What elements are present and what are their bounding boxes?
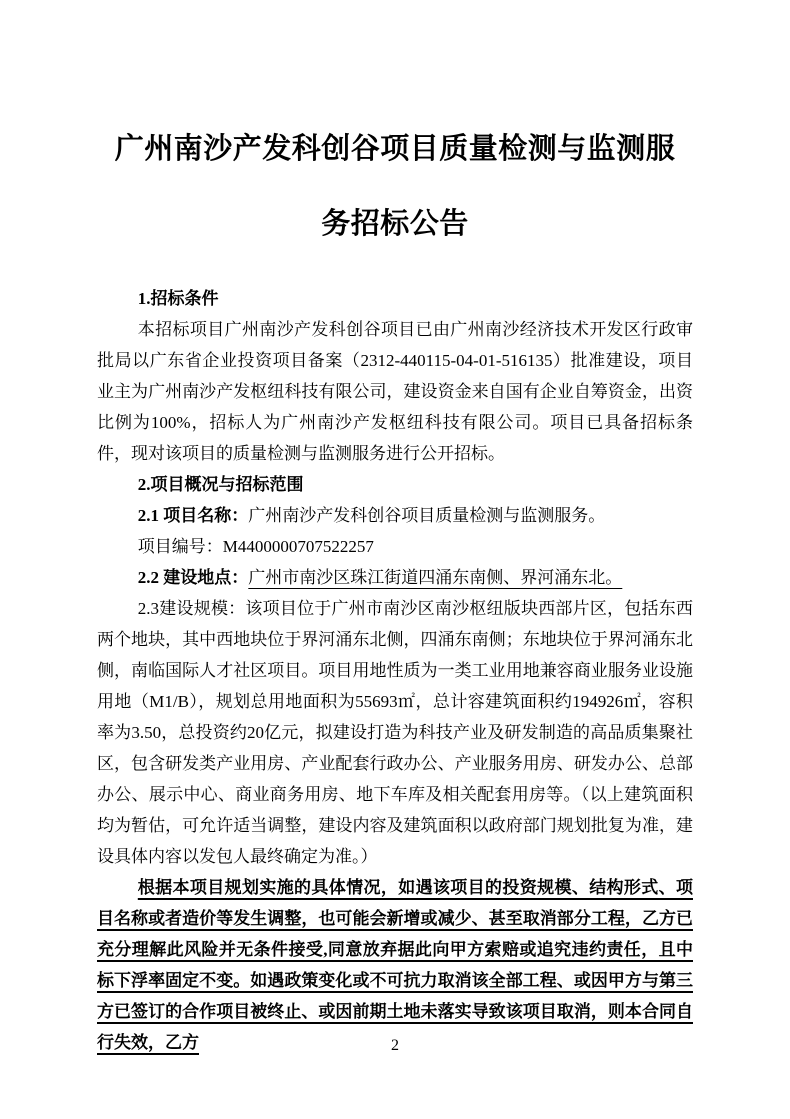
project-number-line: 项目编号：M4400000707522257 <box>97 531 693 562</box>
construction-site-line: 2.2 建设地点：广州市南沙区珠江街道四涌东南侧、界河涌东北。 <box>97 562 693 593</box>
section1-paragraph: 本招标项目广州南沙产发科创谷项目已由广州南沙经济技术开发区行政审批局以广东省企业… <box>97 314 693 469</box>
section2-heading: 2.项目概况与招标范围 <box>97 469 693 500</box>
project-number-label: 项目编号： <box>138 537 223 556</box>
project-number-value: M4400000707522257 <box>223 537 374 556</box>
section1-heading: 1.招标条件 <box>97 283 693 314</box>
construction-site-value: 广州市南沙区珠江街道四涌东南侧、界河涌东北。 <box>248 568 622 587</box>
risk-clause-paragraph: 根据本项目规划实施的具体情况，如遇该项目的投资规模、结构形式、项目名称或者造价等… <box>97 872 693 1058</box>
project-name-line: 2.1 项目名称：广州南沙产发科创谷项目质量检测与监测服务。 <box>97 500 693 531</box>
title-line-1: 广州南沙产发科创谷项目质量检测与监测服 <box>0 131 790 168</box>
construction-site-label: 2.2 建设地点： <box>138 568 249 587</box>
title-line-2: 务招标公告 <box>0 206 790 243</box>
construction-scale-paragraph: 2.3建设规模：该项目位于广州市南沙区南沙枢纽版块西部片区，包括东西两个地块，其… <box>97 593 693 872</box>
document-title: 广州南沙产发科创谷项目质量检测与监测服 务招标公告 <box>0 0 790 243</box>
project-name-value: 广州南沙产发科创谷项目质量检测与监测服务。 <box>248 506 605 525</box>
document-page: 广州南沙产发科创谷项目质量检测与监测服 务招标公告 1.招标条件 本招标项目广州… <box>0 0 790 1119</box>
document-body: 1.招标条件 本招标项目广州南沙产发科创谷项目已由广州南沙经济技术开发区行政审批… <box>97 283 693 1058</box>
project-name-label: 2.1 项目名称： <box>138 506 249 525</box>
page-number: 2 <box>0 1036 790 1056</box>
